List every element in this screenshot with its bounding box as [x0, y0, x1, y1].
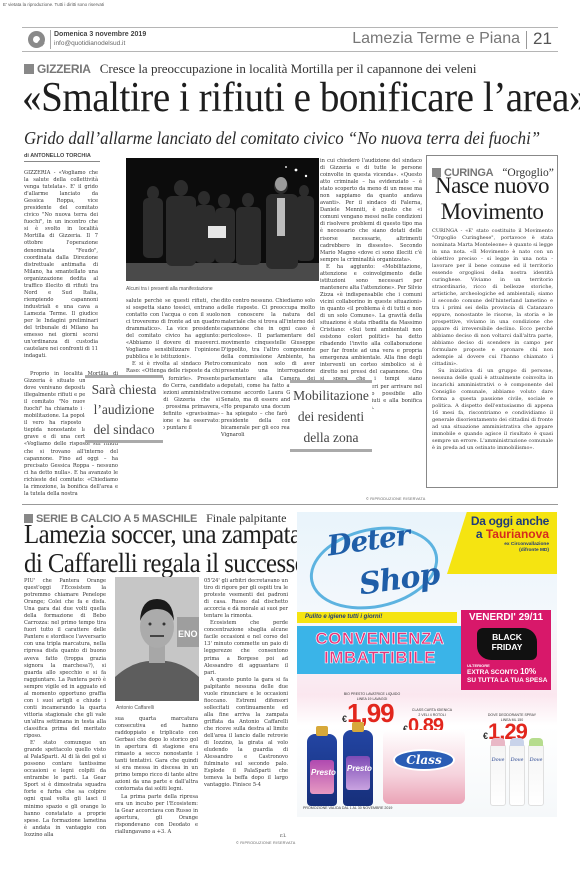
sport-paragraph: A questo punto la gara si fa palpitante … — [204, 677, 288, 790]
sport-paragraph: sua quarta marcatura consecutiva ed hann… — [115, 716, 198, 794]
header-separator — [50, 30, 51, 49]
header-top-rule — [22, 27, 558, 28]
product-price: €1,99 — [342, 698, 394, 729]
ad-tagline: Pulito e igiene tutti i giorni! — [297, 612, 457, 623]
presto-bottle-icon: Presto — [307, 734, 337, 806]
ad-address: ex Circonvallazione(difronte MD) — [504, 542, 549, 554]
main-subheadline: Grido dall’allarme lanciato del comitato… — [24, 128, 540, 149]
main-paragraph: in cui chiederò l'audizione del sindaco … — [320, 158, 422, 264]
header-bottom-rule — [22, 51, 558, 52]
sport-paragraph: 05'24' gli arbitri decretavano un tiro d… — [204, 578, 288, 620]
sport-headline[interactable]: Lamezia soccer, una zampata di Caffarell… — [24, 520, 307, 578]
svg-text:ENO: ENO — [178, 629, 198, 639]
player-portrait-illustration: ENO — [115, 577, 199, 701]
side-paragraph: CURINGA - «E' stato costituito il Movime… — [432, 228, 553, 368]
people-group-illustration — [126, 158, 319, 281]
photo-caption: Alcuni tra i presenti alla manifestazion… — [126, 286, 213, 292]
ad-da-oggi: Da oggi anche — [471, 514, 549, 528]
side-paragraph: Su iniziativa di un gruppo di persone, n… — [432, 368, 553, 452]
pullquote-mobilitazione: Mobilitazione dei residenti della zona — [290, 380, 372, 452]
promo-validity: PROMOZIONE VALIDA DAL 1 AL 30 NOVEMBRE 2… — [303, 806, 392, 810]
deter-shop-advertisement[interactable]: Da oggi anche a Taurianova ex Circonvall… — [297, 512, 557, 817]
event-name: BLACKFRIDAY — [477, 632, 537, 652]
sport-col2: sua quarta marcatura consecutiva ed hann… — [115, 716, 198, 868]
main-col1-top: GIZZERIA - «Vogliamo che la salute della… — [24, 170, 98, 371]
kicker-square-icon — [24, 64, 34, 74]
event-date: VENERDI' 29/11 — [465, 612, 547, 623]
ad-headline: CONVENIENZA IMBATTIBILE — [305, 629, 455, 667]
page-number: 21 — [533, 29, 552, 49]
dove-spray-icon: Dove — [490, 744, 506, 806]
sport-paragraph: E' stato comunque un grande spettacolo q… — [24, 740, 106, 839]
class-brand-logo: Class — [393, 749, 455, 771]
reproduction-notice: © RIPRODUZIONE RISERVATA — [236, 841, 295, 845]
ad-city: a Taurianova — [476, 527, 549, 541]
main-paragraph: salute perché se questi rifiuti, che si … — [126, 298, 220, 361]
side-headline[interactable]: Nasce nuovo Movimento — [428, 173, 556, 225]
dove-spray-icon: Dove — [509, 744, 525, 806]
side-body: CURINGA - «E' stato costituito il Movime… — [432, 228, 553, 482]
issue-date: Domenica 3 novembre 2019 — [54, 31, 146, 38]
player-photo[interactable]: ENO — [115, 577, 199, 701]
header-separator-page — [526, 31, 527, 49]
author-initials: r.l. — [280, 833, 287, 839]
sport-paragraph: PIU' che Pantera Orange quest'oggi l'Eco… — [24, 578, 106, 740]
byline: di ANTONELLO TORCHIA — [24, 153, 100, 162]
quotidiano-q-logo-icon — [28, 31, 45, 48]
pullquote-audizione: Sarà chiesta l’audizione del sindaco — [85, 375, 163, 443]
sport-col3: 05'24' gli arbitri decretavano un tiro d… — [204, 578, 288, 856]
player-photo-caption: Antonio Caffarelli — [116, 705, 154, 711]
event-photo[interactable] — [126, 158, 319, 281]
main-headline[interactable]: «Smaltire i rifiuti e bonificare l’area» — [22, 74, 580, 122]
main-paragraph: GIZZERIA - «Vogliamo che la salute della… — [24, 170, 98, 360]
extra-discount: EXTRA SCONTO 10% SU TUTTA LA TUA SPESA — [467, 668, 547, 685]
sport-paragraph: Ecosistem che perde concentrazione sbagl… — [204, 620, 288, 676]
dove-spray-icon: Dove — [528, 744, 544, 806]
reproduction-notice: © RIPRODUZIONE RISERVATA — [366, 497, 425, 501]
section-title: Lamezia Terme e Piana — [352, 30, 520, 48]
presto-bottle-icon: Presto — [343, 730, 373, 806]
copyright-notice: E' vietata la riproduzione. Tutti i diri… — [3, 2, 104, 7]
sport-col1: PIU' che Pantera Orange quest'oggi l'Eco… — [24, 578, 106, 868]
sport-paragraph: La prima parte della ripresa era un incu… — [115, 794, 198, 836]
section-divider — [22, 504, 558, 505]
contact-email[interactable]: info@quotidianodelsud.it — [54, 40, 125, 47]
